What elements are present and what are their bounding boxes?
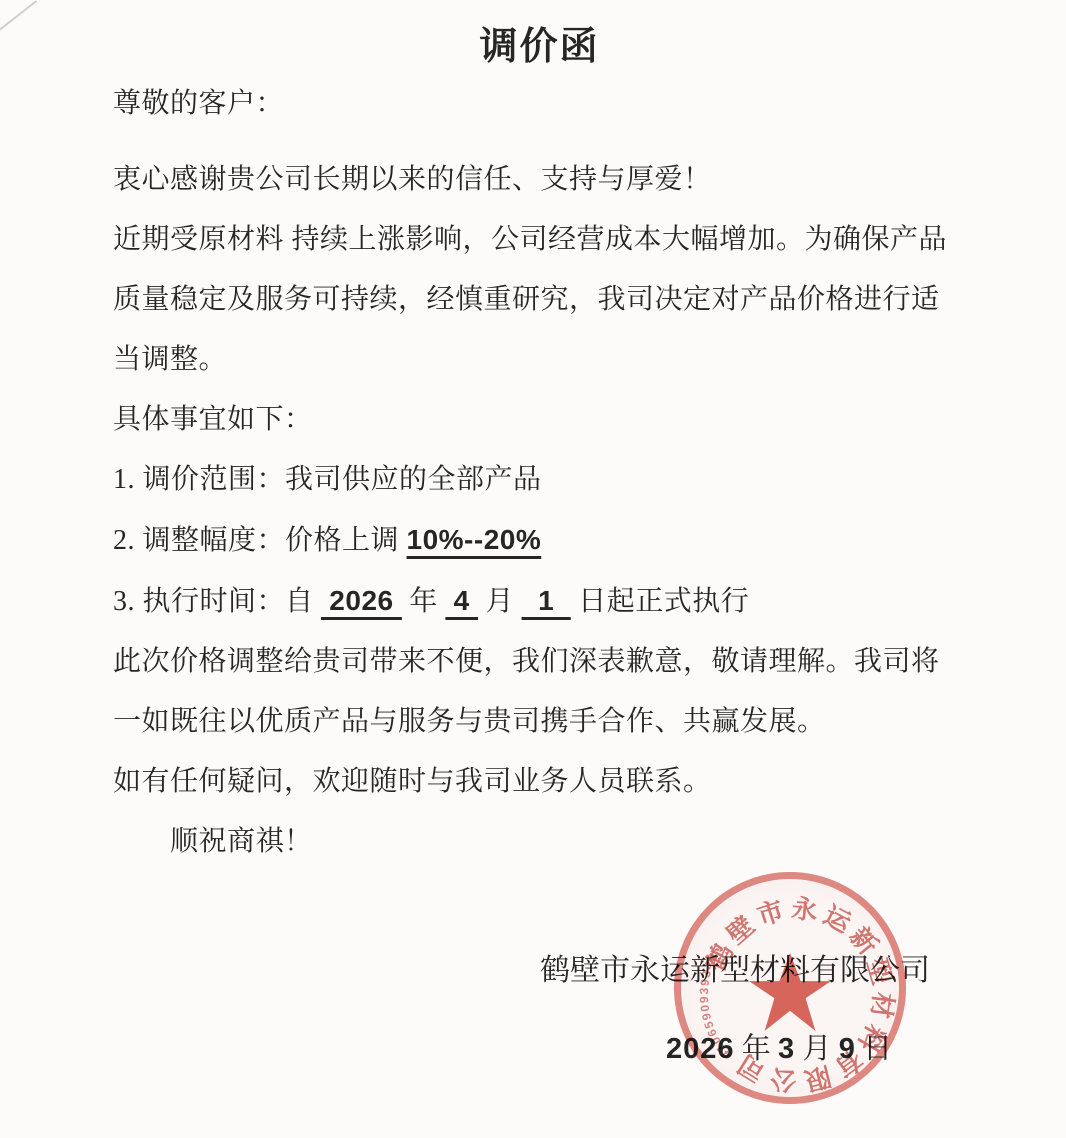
text-segment: 10%--20% xyxy=(407,524,542,555)
letter-line: 具体事宜如下： xyxy=(113,390,1026,450)
text-segment: 2026 xyxy=(321,585,402,616)
text-segment: 日起正式执行 xyxy=(571,586,750,617)
text-segment: 4 xyxy=(445,585,478,616)
company-seal-stamp: 鹤壁市永运新型材料有限公司4106590939346 xyxy=(674,872,906,1104)
stamp-company-char: 型 xyxy=(862,954,897,989)
text-segment: 1. 调价范围：我司供应的全部产品 xyxy=(113,464,542,495)
letter-line: 质量稳定及服务可持续，经慎重研究，我司决定对产品价格进行适 xyxy=(113,270,1026,330)
letter-line: 3. 执行时间：自 2026 年 4 月 1 日起正式执行 xyxy=(113,571,1026,632)
letter-line: 此次价格调整给贵司带来不便，我们深表歉意，敬请理解。我司将 xyxy=(113,632,1026,692)
text-segment: 2. 调整幅度：价格上调 xyxy=(113,525,407,556)
text-segment: 此次价格调整给贵司带来不便，我们深表歉意，敬请理解。我司将 xyxy=(113,646,940,677)
text-segment: 如有任何疑问，欢迎随时与我司业务人员联系。 xyxy=(113,766,712,797)
letter-line: 近期受原材料 持续上涨影响，公司经营成本大幅增加。为确保产品 xyxy=(113,210,1026,270)
letter-line: 2. 调整幅度：价格上调 10%--20% xyxy=(113,510,1026,571)
letter-line: 当调整。 xyxy=(113,330,1026,390)
price-adjustment-letter: 调价函 尊敬的客户： 衷心感谢贵公司长期以来的信任、支持与厚爱！近期受原材料 持… xyxy=(0,0,1066,872)
letter-line: 衷心感谢贵公司长期以来的信任、支持与厚爱！ xyxy=(113,150,1026,210)
stamp-company-char: 公 xyxy=(768,1064,800,1096)
closing-phrase: 顺祝商祺！ xyxy=(113,812,1026,872)
text-segment: 质量稳定及服务可持续，经慎重研究，我司决定对产品价格进行适 xyxy=(113,284,940,315)
stamp-company-char: 限 xyxy=(801,1061,835,1095)
stamp-company-char: 材 xyxy=(867,990,898,1021)
letter-line: 一如既往以优质产品与服务与贵司携手合作、共赢发展。 xyxy=(113,692,1026,752)
star-icon xyxy=(749,953,831,1031)
text-segment: 一如既往以优质产品与服务与贵司携手合作、共赢发展。 xyxy=(113,706,826,737)
text-segment: 月 xyxy=(478,586,522,617)
letter-title: 调价函 xyxy=(113,20,966,74)
text-segment: 当调整。 xyxy=(113,344,227,375)
text-segment: 1 xyxy=(522,585,571,616)
stamp-company-char: 永 xyxy=(789,894,819,924)
stamp-company-char: 有 xyxy=(829,1044,868,1083)
letter-line: 如有任何疑问，欢迎随时与我司业务人员联系。 xyxy=(113,752,1026,812)
stamp-company-char: 料 xyxy=(852,1019,890,1057)
stamp-company-char: 壁 xyxy=(721,910,761,950)
stamp-company-char: 司 xyxy=(732,1049,771,1088)
stamp-company-char: 市 xyxy=(753,896,788,931)
text-segment: 3. 执行时间：自 xyxy=(113,586,321,617)
text-segment: 近期受原材料 持续上涨影响，公司经营成本大幅增加。为确保产品 xyxy=(113,224,947,255)
stamp-company-char: 新 xyxy=(844,921,883,960)
letter-body: 衷心感谢贵公司长期以来的信任、支持与厚爱！近期受原材料 持续上涨影响，公司经营成… xyxy=(113,150,1026,812)
letter-line: 1. 调价范围：我司供应的全部产品 xyxy=(113,450,1026,510)
salutation: 尊敬的客户： xyxy=(113,74,1026,134)
text-segment: 衷心感谢贵公司长期以来的信任、支持与厚爱！ xyxy=(113,164,712,195)
text-segment: 具体事宜如下： xyxy=(113,404,313,435)
text-segment: 年 xyxy=(402,586,446,617)
